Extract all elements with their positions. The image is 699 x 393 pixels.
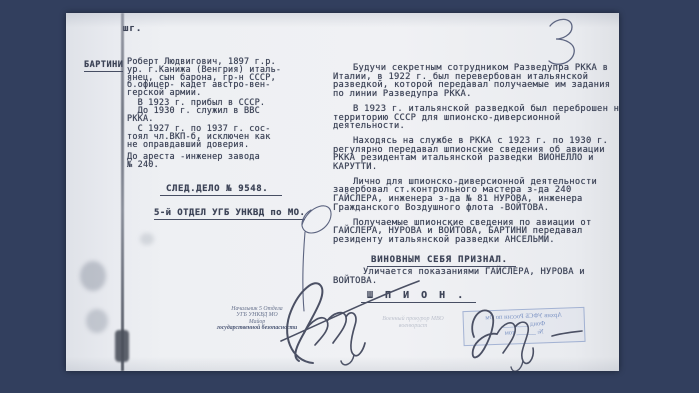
confession-line: ВИНОВНЫМ СЕБЯ ПРИЗНАЛ.: [367, 255, 516, 267]
charges-block: Будучи секретным сотрудником Разведупра …: [333, 64, 619, 251]
ink-smudge: [80, 261, 106, 291]
charge-paragraph: Получаемые шпионские сведения по авиации…: [333, 219, 619, 245]
department-line: 5-й ОТДЕЛ УГБ УНКВД по МО.: [154, 208, 305, 220]
binding-thread-end: [115, 330, 129, 362]
handwritten-page-number: [544, 15, 580, 67]
ink-smudge: [140, 233, 154, 245]
signature-right: [440, 295, 605, 371]
scanned-document: шг. БАРТИНИ Роберт Людвигович, 1897 г.р.…: [66, 13, 619, 371]
bio-line: герской армии.: [127, 90, 327, 98]
biography-block: Роберт Людвигович, 1897 г.р. ур. г.Каниж…: [127, 59, 327, 169]
corner-mark: шг.: [123, 24, 142, 34]
charge-paragraph: Будучи секретным сотрудником Разведупра …: [333, 64, 619, 99]
bio-line: не оправдавший доверия.: [127, 142, 327, 150]
signature-left: [251, 271, 426, 371]
bio-line: До 1930 г. служил в ВВС: [127, 108, 327, 116]
charge-paragraph: Находясь на службе в РККА с 1923 г. по 1…: [333, 137, 619, 172]
subject-name: БАРТИНИ: [84, 60, 123, 72]
bio-line: № 240.: [127, 162, 327, 170]
bio-line: РККА.: [127, 116, 327, 124]
charge-paragraph: Лично для шпионско-диверсионной деятельн…: [333, 178, 619, 213]
slide-background: { "colors": { "background": "#323f5e", "…: [0, 0, 699, 393]
charge-paragraph: В 1923 г. итальянской разведкой был пере…: [333, 105, 619, 131]
ink-smudge: [86, 309, 108, 333]
case-number-line: СЛЕД.ДЕЛО № 9548.: [160, 184, 282, 196]
